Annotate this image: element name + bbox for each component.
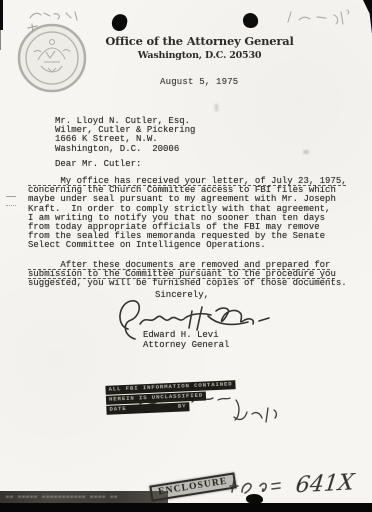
enclosure-stamp: ENCLOSURE	[149, 472, 236, 501]
text-line: Washington, D.C. 20006	[55, 145, 195, 154]
signer-title: Attorney General	[143, 341, 229, 350]
footer-illegible-text: ▰▰ ▰▰▰▰▰ ▰▰▰▰▰▰▰▰▰▰▰ ▰▰▰▰ ▰▰	[6, 494, 168, 500]
recipient-address: Mr. Lloyd N. Cutler, Esq.Wilmer, Cutler …	[55, 117, 195, 154]
salutation: Dear Mr. Cutler:	[55, 160, 141, 169]
scan-edge-artifact	[0, 0, 3, 30]
body-paragraph-2: After these documents are removed and pr…	[28, 261, 347, 289]
handwritten-file-number: 641X	[228, 470, 372, 506]
ink-dot-artifact	[110, 12, 129, 32]
smudge-artifact	[215, 104, 218, 111]
signer-name: Edward H. Levi	[143, 331, 219, 340]
letterhead: Office of the Attorney General Washingto…	[92, 34, 307, 61]
pencil-scribble-top-right	[284, 6, 366, 30]
ink-dot-artifact	[242, 12, 259, 29]
scan-footer-bar: ▰▰ ▰▰▰▰▰ ▰▰▰▰▰▰▰▰▰▰▰ ▰▰▰▰ ▰▰	[0, 491, 168, 503]
letterhead-city: Washington, D.C. 20530	[92, 50, 307, 61]
text-line: Select Committee on Intelligence Operati…	[28, 241, 347, 250]
file-number-scrawl	[228, 470, 298, 506]
letter-date: August 5, 1975	[160, 77, 238, 87]
letterhead-office: Office of the Attorney General	[92, 34, 307, 48]
margin-pencil-mark	[6, 196, 16, 206]
scanned-letter-page: Office of the Attorney General Washingto…	[0, 0, 372, 512]
declassification-handwriting	[100, 380, 280, 430]
body-paragraph-1: My office has received your letter, of J…	[28, 177, 347, 251]
scan-edge-artifact	[0, 30, 1, 50]
file-number-suffix: 641X	[294, 471, 355, 499]
doj-seal	[16, 22, 88, 94]
text-line: suggested, you will be furnished copies …	[28, 279, 347, 288]
smudge-artifact	[303, 150, 309, 154]
